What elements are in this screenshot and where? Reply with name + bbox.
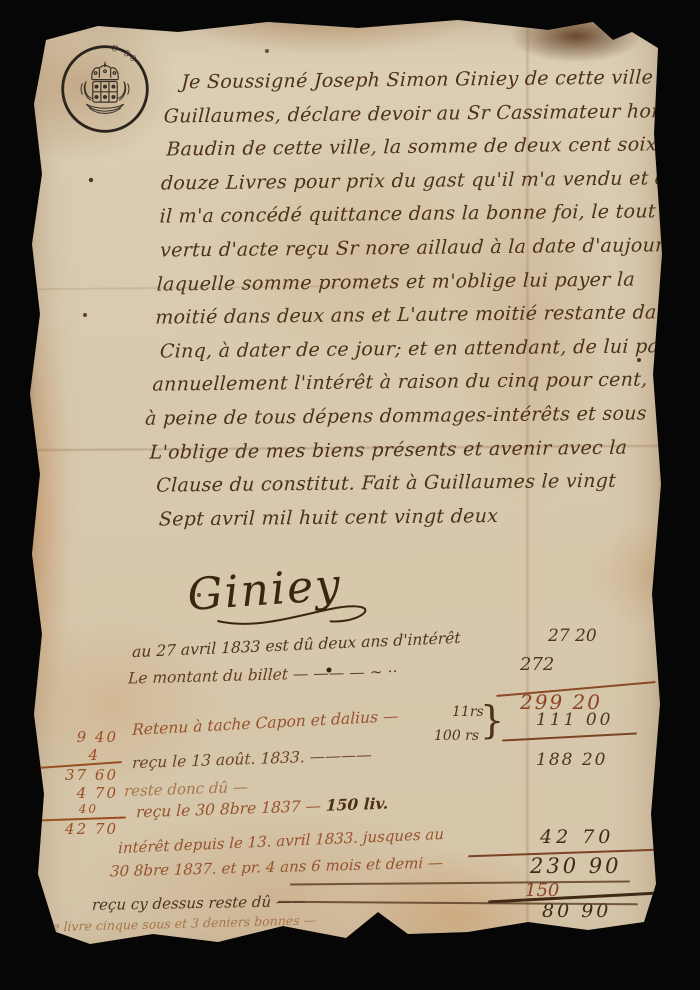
manuscript-line: douze Livres pour prix du gast qu'il m'a… — [160, 162, 653, 201]
ledger-recu-1837-value: 150 liv. — [326, 794, 389, 815]
ledger-retenu-label: Retenu à tache Capon et dalius — — [132, 707, 399, 739]
svg-text:C·30·: C·30· — [110, 42, 143, 68]
manuscript-line: à peine de tous dépens dommages-intérêts… — [144, 397, 643, 436]
manuscript-line: Clause du constitut. Fait à Guillaumes l… — [156, 465, 641, 504]
manuscript-line: moitié dans deux ans et L'autre moitié r… — [155, 297, 648, 336]
manuscript-line: Cinq, à dater de ce jour; et en attendan… — [159, 330, 646, 369]
stamp-label: C·30· — [110, 42, 143, 68]
totals-total-value: 230 90 — [530, 854, 621, 878]
ledger-retenu-total: 111 00 — [536, 710, 613, 730]
ledger-retenu-value2: 100 rs — [434, 728, 479, 744]
margin-value: 42 70 — [65, 820, 118, 838]
margin-value: 4 — [88, 746, 100, 764]
ledger-retenu-value1: 11rs — [452, 704, 484, 720]
manuscript-line: vertu d'acte reçu Sr nore aillaud à la d… — [159, 229, 650, 268]
margin-value: 4 70 — [77, 784, 118, 802]
manuscript-line: Baudin de cette ville, la somme de deux … — [166, 129, 655, 168]
manuscript-line: Guillaumes, déclare devoir au Sr Cassima… — [163, 95, 656, 134]
margin-value: 40 — [79, 802, 98, 816]
manuscript-line: il m'a concédé quittance dans la bonne f… — [159, 196, 652, 235]
ledger-note-amount-label: Le montant du billet — —— — ~ ·· — [128, 662, 398, 687]
manuscript-line: Je Soussigné Joseph Simon Giniey de cett… — [180, 61, 657, 100]
ledger-retenu-brace: } — [480, 698, 504, 742]
manuscript-paper: C·30· Je Soussigné Joseph Simon Giniey d… — [28, 14, 664, 960]
ledger-recu-1833-value: 188 20 — [536, 750, 607, 770]
ledger-interet-line1: intérêt depuis le 13. avril 1833. jusque… — [118, 825, 444, 857]
closing-rule-top — [290, 881, 630, 885]
revenue-stamp-icon: C·30· — [58, 42, 152, 136]
ink-specks — [28, 14, 30, 16]
manuscript-body: Je Soussigné Joseph Simon Giniey de cett… — [146, 61, 658, 537]
ledger-interest-due-value: 27 20 — [548, 626, 597, 646]
manuscript-line: Sept avril mil huit cent vingt deux — [158, 498, 639, 537]
retenu-rule — [502, 732, 637, 741]
manuscript-line: annuellement l'intérêt à raison du cinq … — [152, 364, 645, 403]
margin-value: 37 60 — [65, 766, 118, 784]
ledger-interest-due-label: au 27 avril 1833 est dû deux ans d'intér… — [132, 629, 461, 661]
signature: Giniey — [186, 554, 420, 641]
ledger-reste-du-label: reste donc dû — — [124, 778, 248, 800]
ledger-note-amount-value: 272 — [520, 654, 554, 675]
manuscript-line: laquelle somme promets et m'oblige lui p… — [156, 263, 649, 302]
closing-line2: une livre cinque sous et 3 deniers bonne… — [36, 912, 317, 934]
ledger-recu-1833-label: reçu le 13 août. 1833. ———— — [132, 746, 372, 772]
ledger-recu-1837-text: reçu le 30 8bre 1837 — — [136, 797, 322, 821]
closing-line1: reçu cy dessus reste dû —— — [92, 892, 307, 914]
ledger-interet-line2: 30 8bre 1837. et pr. 4 ans 6 mois et dem… — [110, 854, 444, 881]
totals-interest-value: 42 70 — [540, 826, 614, 848]
manuscript-line: L'oblige de mes biens présents et avenir… — [149, 431, 642, 470]
margin-value: 9 40 — [77, 728, 118, 746]
